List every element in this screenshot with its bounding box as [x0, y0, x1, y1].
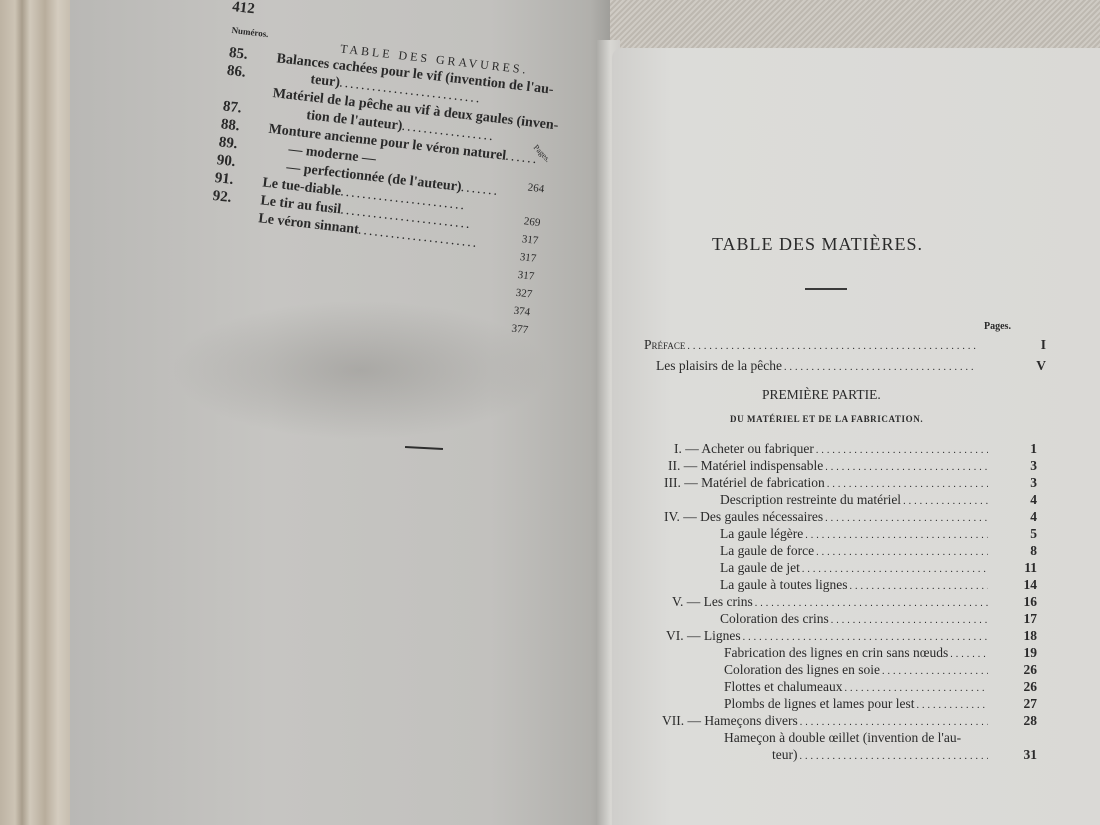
- toc-page-number: 8: [1007, 543, 1037, 559]
- toc-entry: Coloration des lignes en soie...........…: [724, 662, 990, 678]
- toc-page-number: 31: [1007, 747, 1037, 763]
- toc-entry: teur)...................................…: [772, 747, 990, 763]
- toc-page-number: 14: [1007, 577, 1037, 593]
- toc-page-number: 16: [1007, 594, 1037, 610]
- toc-entry: Les plaisirs de la pêche................…: [656, 358, 979, 374]
- toc-page-number: 17: [1007, 611, 1037, 627]
- toc-entry: Flottes et chalumeaux...................…: [724, 679, 990, 695]
- engraving-page: 269: [523, 215, 541, 229]
- toc-entry: VI. — Lignes............................…: [666, 628, 990, 644]
- toc-page-number: 26: [1007, 679, 1037, 695]
- engraving-page: 317: [521, 233, 539, 247]
- toc-page-number: 26: [1007, 662, 1037, 678]
- toc-entry: V. — Les crins..........................…: [672, 594, 990, 610]
- toc-entry: La gaule à toutes lignes................…: [720, 577, 990, 593]
- engraving-page: 327: [515, 287, 533, 301]
- toc-entry: Description restreinte du matériel......…: [720, 492, 990, 508]
- page-shadow: [170, 300, 550, 440]
- toc-entry: IV. — Des gaules nécessaires............…: [664, 509, 990, 525]
- title-rule: [805, 288, 847, 290]
- page-number: 412: [231, 0, 255, 18]
- toc-page-number: 18: [1007, 628, 1037, 644]
- toc-entry: I. — Acheter ou fabriquer...............…: [674, 441, 990, 457]
- engraving-page: 317: [517, 269, 535, 283]
- toc-page-number: 27: [1007, 696, 1037, 712]
- contents-title: TABLE DES MATIÈRES.: [712, 234, 923, 255]
- toc-entry: II. — Matériel indispensable............…: [668, 458, 990, 474]
- toc-entry: Fabrication des lignes en crin sans nœud…: [724, 645, 990, 661]
- engraving-page: 374: [513, 305, 531, 319]
- right-page-content: TABLE DES MATIÈRES. Pages. Préface......…: [612, 48, 1100, 825]
- engraving-page: 264: [527, 182, 545, 196]
- toc-entry: La gaule de force.......................…: [720, 543, 990, 559]
- engraving-page: 377: [511, 323, 529, 337]
- toc-entry: Hameçon à double œillet (invention de l'…: [724, 730, 990, 746]
- toc-entry: VII. — Hameçons divers..................…: [662, 713, 990, 729]
- part-title: PREMIÈRE PARTIE.: [762, 387, 881, 403]
- toc-page-number: 11: [1007, 560, 1037, 576]
- toc-page-number: 5: [1007, 526, 1037, 542]
- toc-page-number: 3: [1007, 475, 1037, 491]
- toc-page-number: 28: [1007, 713, 1037, 729]
- toc-page-number: 4: [1007, 509, 1037, 525]
- pages-header: Pages.: [984, 321, 1011, 332]
- engraving-page: 317: [519, 251, 537, 265]
- toc-entry: Préface.................................…: [644, 337, 979, 353]
- toc-entry: Plombs de lignes et lames pour lest.....…: [724, 696, 990, 712]
- toc-page-number: 3: [1007, 458, 1037, 474]
- toc-entry: III. — Matériel de fabrication..........…: [664, 475, 990, 491]
- toc-entry: La gaule de jet.........................…: [720, 560, 990, 576]
- toc-entry: La gaule légère.........................…: [720, 526, 990, 542]
- toc-page-number: 4: [1007, 492, 1037, 508]
- toc-page-number: 1: [1007, 441, 1037, 457]
- toc-entry: Coloration des crins....................…: [720, 611, 990, 627]
- part-subtitle: DU MATÉRIEL ET DE LA FABRICATION.: [730, 414, 923, 424]
- toc-page-number: 19: [1007, 645, 1037, 661]
